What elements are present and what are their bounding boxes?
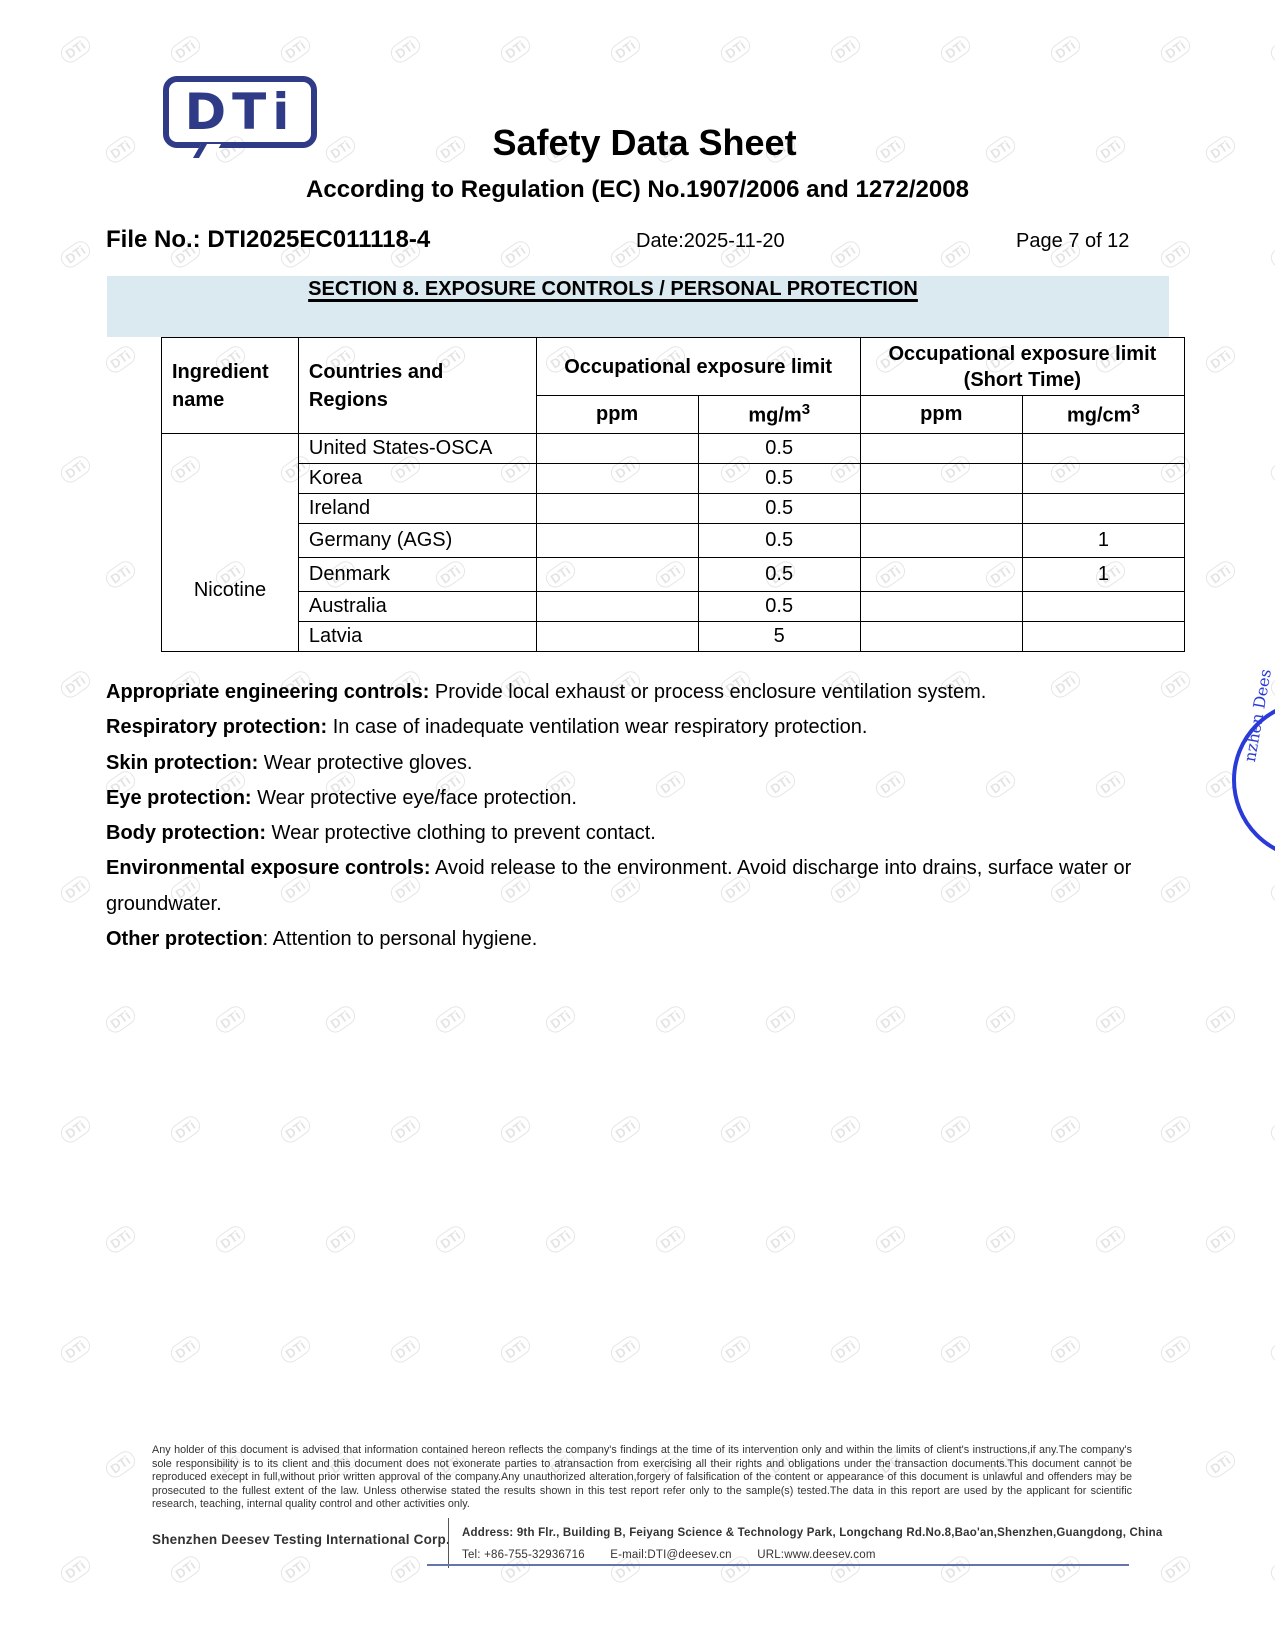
st-mg-cell — [1022, 622, 1184, 652]
document-date: Date:2025-11-20 — [636, 230, 785, 253]
control-item: Body protection: Wear protective clothin… — [106, 816, 1181, 851]
watermark-mark: DTi — [57, 873, 93, 906]
watermark-mark: DTi — [1157, 33, 1193, 66]
watermark-mark: DTi — [982, 1003, 1018, 1036]
control-item: Other protection: Attention to personal … — [106, 922, 1181, 957]
table-row: Germany (AGS)0.51 — [162, 524, 1185, 558]
watermark-mark: DTi — [937, 1553, 973, 1586]
watermark-mark: DTi — [57, 1333, 93, 1366]
st-mg-cell — [1022, 464, 1184, 494]
watermark-mark: DTi — [387, 1113, 423, 1146]
oel-ppm-cell — [536, 592, 698, 622]
watermark-mark: DTi — [1157, 1333, 1193, 1366]
footer-disclaimer: Any holder of this document is advised t… — [152, 1444, 1132, 1512]
oel-mg-cell: 0.5 — [698, 524, 860, 558]
header-oel-mg-m3: mg/m3 — [698, 396, 860, 434]
oel-ppm-cell — [536, 434, 698, 464]
watermark-mark: DTi — [937, 1333, 973, 1366]
watermark-mark: DTi — [322, 1223, 358, 1256]
watermark-mark: DTi — [937, 238, 973, 271]
control-label: Body protection: — [106, 822, 266, 844]
watermark-mark: DTi — [102, 343, 138, 376]
watermark-mark: DTi — [1267, 453, 1275, 486]
watermark-mark: DTi — [607, 1113, 643, 1146]
st-mg-cell — [1022, 494, 1184, 524]
table-row: Australia0.5 — [162, 592, 1185, 622]
control-text: In case of inadequate ventilation wear r… — [327, 716, 867, 738]
watermark-mark: DTi — [1267, 33, 1275, 66]
watermark-mark: DTi — [167, 1553, 203, 1586]
header-oel-short-time: Occupational exposure limit (Short Time) — [860, 338, 1184, 396]
control-item: Respiratory protection: In case of inade… — [106, 710, 1181, 745]
watermark-mark: DTi — [607, 1333, 643, 1366]
st-mg-cell: 1 — [1022, 558, 1184, 592]
st-mg-cell: 1 — [1022, 524, 1184, 558]
footer-company-name: Shenzhen Deesev Testing International Co… — [152, 1532, 450, 1547]
control-item: Skin protection: Wear protective gloves. — [106, 746, 1181, 781]
watermark-mark: DTi — [167, 1113, 203, 1146]
control-item: Appropriate engineering controls: Provid… — [106, 675, 1181, 710]
control-label: Environmental exposure controls: — [106, 857, 431, 879]
st-ppm-cell — [860, 592, 1022, 622]
control-text: Wear protective clothing to prevent cont… — [266, 822, 656, 844]
watermark-mark: DTi — [872, 1003, 908, 1036]
control-text: Wear protective eye/face protection. — [252, 787, 577, 809]
watermark-mark: DTi — [167, 1333, 203, 1366]
watermark-mark: DTi — [827, 1333, 863, 1366]
watermark-mark: DTi — [102, 1448, 138, 1481]
watermark-mark: DTi — [1092, 1003, 1128, 1036]
control-text: Provide local exhaust or process enclosu… — [429, 681, 986, 703]
st-ppm-cell — [860, 622, 1022, 652]
st-ppm-cell — [860, 434, 1022, 464]
control-text: : Attention to personal hygiene. — [263, 928, 538, 950]
watermark-mark: DTi — [497, 238, 533, 271]
header-oel: Occupational exposure limit — [536, 338, 860, 396]
oel-ppm-cell — [536, 464, 698, 494]
watermark-mark: DTi — [1267, 1113, 1275, 1146]
watermark-mark: DTi — [57, 453, 93, 486]
watermark-mark: DTi — [652, 1003, 688, 1036]
oel-ppm-cell — [536, 524, 698, 558]
country-cell: Ireland — [298, 494, 536, 524]
control-item: Eye protection: Wear protective eye/face… — [106, 781, 1181, 816]
st-ppm-cell — [860, 494, 1022, 524]
watermark-mark: DTi — [762, 1003, 798, 1036]
watermark-mark: DTi — [872, 1223, 908, 1256]
oel-mg-cell: 0.5 — [698, 494, 860, 524]
watermark-mark: DTi — [57, 668, 93, 701]
watermark-mark: DTi — [1267, 1333, 1275, 1366]
watermark-mark: DTi — [937, 1113, 973, 1146]
country-cell: Korea — [298, 464, 536, 494]
ingredient-cell: Nicotine — [162, 434, 299, 652]
watermark-mark: DTi — [322, 1003, 358, 1036]
watermark-mark: DTi — [1267, 238, 1275, 271]
watermark-mark: DTi — [762, 1223, 798, 1256]
section-header: SECTION 8. EXPOSURE CONTROLS / PERSONAL … — [107, 276, 1169, 337]
watermark-mark: DTi — [57, 1113, 93, 1146]
footer-rule — [427, 1564, 1129, 1566]
watermark-mark: DTi — [1047, 1113, 1083, 1146]
watermark-mark: DTi — [717, 1333, 753, 1366]
watermark-mark: DTi — [432, 1003, 468, 1036]
header-st-ppm: ppm — [860, 396, 1022, 434]
watermark-mark: DTi — [937, 33, 973, 66]
watermark-mark: DTi — [497, 1113, 533, 1146]
control-label: Skin protection: — [106, 752, 258, 774]
watermark-mark: DTi — [57, 33, 93, 66]
watermark-mark: DTi — [1157, 238, 1193, 271]
watermark-mark: DTi — [387, 33, 423, 66]
footer-email[interactable]: E-mail:DTI@deesev.cn — [610, 1549, 732, 1561]
watermark-mark: DTi — [1157, 1113, 1193, 1146]
document-subtitle: According to Regulation (EC) No.1907/200… — [0, 176, 1275, 204]
watermark-mark: DTi — [542, 1003, 578, 1036]
control-label: Eye protection: — [106, 787, 252, 809]
watermark-mark: DTi — [1202, 343, 1238, 376]
table-row: Denmark0.51 — [162, 558, 1185, 592]
page-number: Page 7 of 12 — [1016, 230, 1129, 253]
control-text: Wear protective gloves. — [258, 752, 472, 774]
watermark-mark: DTi — [1267, 873, 1275, 906]
watermark-mark: DTi — [167, 33, 203, 66]
header-oel-ppm: ppm — [536, 396, 698, 434]
watermark-mark: DTi — [1202, 1223, 1238, 1256]
oel-ppm-cell — [536, 494, 698, 524]
watermark-mark: DTi — [1202, 1003, 1238, 1036]
watermark-mark: DTi — [212, 1003, 248, 1036]
watermark-mark: DTi — [827, 238, 863, 271]
table-row: Latvia5 — [162, 622, 1185, 652]
control-label: Respiratory protection: — [106, 716, 327, 738]
control-label: Appropriate engineering controls: — [106, 681, 429, 703]
oel-mg-cell: 0.5 — [698, 434, 860, 464]
watermark-mark: DTi — [542, 1223, 578, 1256]
header-st-mg-cm3: mg/cm3 — [1022, 396, 1184, 434]
table-row: Ireland0.5 — [162, 494, 1185, 524]
watermark-mark: DTi — [432, 1223, 468, 1256]
footer-contact: Tel: +86-755-32936716 E-mail:DTI@deesev.… — [462, 1549, 898, 1561]
document-title: Safety Data Sheet — [0, 122, 1275, 164]
watermark-mark: DTi — [717, 33, 753, 66]
oel-mg-cell: 0.5 — [698, 464, 860, 494]
watermark-mark: DTi — [827, 1113, 863, 1146]
file-number: File No.: DTI2025EC011118-4 — [106, 226, 430, 254]
watermark-mark: DTi — [1267, 1553, 1275, 1586]
oel-ppm-cell — [536, 558, 698, 592]
watermark-mark: DTi — [652, 1223, 688, 1256]
watermark-mark: DTi — [982, 1223, 1018, 1256]
watermark-mark: DTi — [277, 1553, 313, 1586]
st-ppm-cell — [860, 558, 1022, 592]
st-mg-cell — [1022, 592, 1184, 622]
watermark-mark: DTi — [1202, 558, 1238, 591]
watermark-mark: DTi — [387, 1333, 423, 1366]
protection-controls: Appropriate engineering controls: Provid… — [106, 675, 1181, 957]
footer-address: Address: 9th Flr., Building B, Feiyang S… — [462, 1527, 1162, 1539]
country-cell: Germany (AGS) — [298, 524, 536, 558]
header-ingredient-name: Ingredient name — [162, 338, 299, 434]
watermark-mark: DTi — [827, 33, 863, 66]
watermark-mark: DTi — [1157, 1553, 1193, 1586]
oel-mg-cell: 0.5 — [698, 592, 860, 622]
watermark-mark: DTi — [607, 33, 643, 66]
watermark-mark: DTi — [277, 33, 313, 66]
country-cell: Australia — [298, 592, 536, 622]
watermark-mark: DTi — [1047, 33, 1083, 66]
country-cell: United States-OSCA — [298, 434, 536, 464]
table-row: NicotineUnited States-OSCA0.5 — [162, 434, 1185, 464]
watermark-mark: DTi — [102, 1003, 138, 1036]
footer-url[interactable]: URL:www.deesev.com — [757, 1549, 875, 1561]
watermark-mark: DTi — [57, 238, 93, 271]
control-item: Environmental exposure controls: Avoid r… — [106, 851, 1181, 922]
table-row: Korea0.5 — [162, 464, 1185, 494]
watermark-mark: DTi — [212, 1223, 248, 1256]
exposure-limits-table: Ingredient name Countries and Regions Oc… — [161, 337, 1185, 652]
watermark-mark: DTi — [717, 1113, 753, 1146]
footer-tel: Tel: +86-755-32936716 — [462, 1549, 585, 1561]
country-cell: Denmark — [298, 558, 536, 592]
footer-divider — [448, 1518, 449, 1568]
watermark-mark: DTi — [102, 558, 138, 591]
watermark-mark: DTi — [102, 1223, 138, 1256]
section-title: SECTION 8. EXPOSURE CONTROLS / PERSONAL … — [107, 278, 1169, 301]
oel-mg-cell: 5 — [698, 622, 860, 652]
header-countries-regions: Countries and Regions — [298, 338, 536, 434]
watermark-mark: DTi — [497, 1333, 533, 1366]
watermark-mark: DTi — [1047, 1333, 1083, 1366]
watermark-mark: DTi — [57, 1553, 93, 1586]
watermark-mark: DTi — [1047, 1553, 1083, 1586]
st-ppm-cell — [860, 464, 1022, 494]
watermark-mark: DTi — [277, 1333, 313, 1366]
st-ppm-cell — [860, 524, 1022, 558]
oel-mg-cell: 0.5 — [698, 558, 860, 592]
control-label: Other protection — [106, 928, 263, 950]
oel-ppm-cell — [536, 622, 698, 652]
st-mg-cell — [1022, 434, 1184, 464]
watermark-mark: DTi — [497, 33, 533, 66]
watermark-mark: DTi — [1092, 1223, 1128, 1256]
watermark-mark: DTi — [277, 1113, 313, 1146]
watermark-mark: DTi — [1202, 1448, 1238, 1481]
country-cell: Latvia — [298, 622, 536, 652]
watermark-mark: DTi — [387, 1553, 423, 1586]
